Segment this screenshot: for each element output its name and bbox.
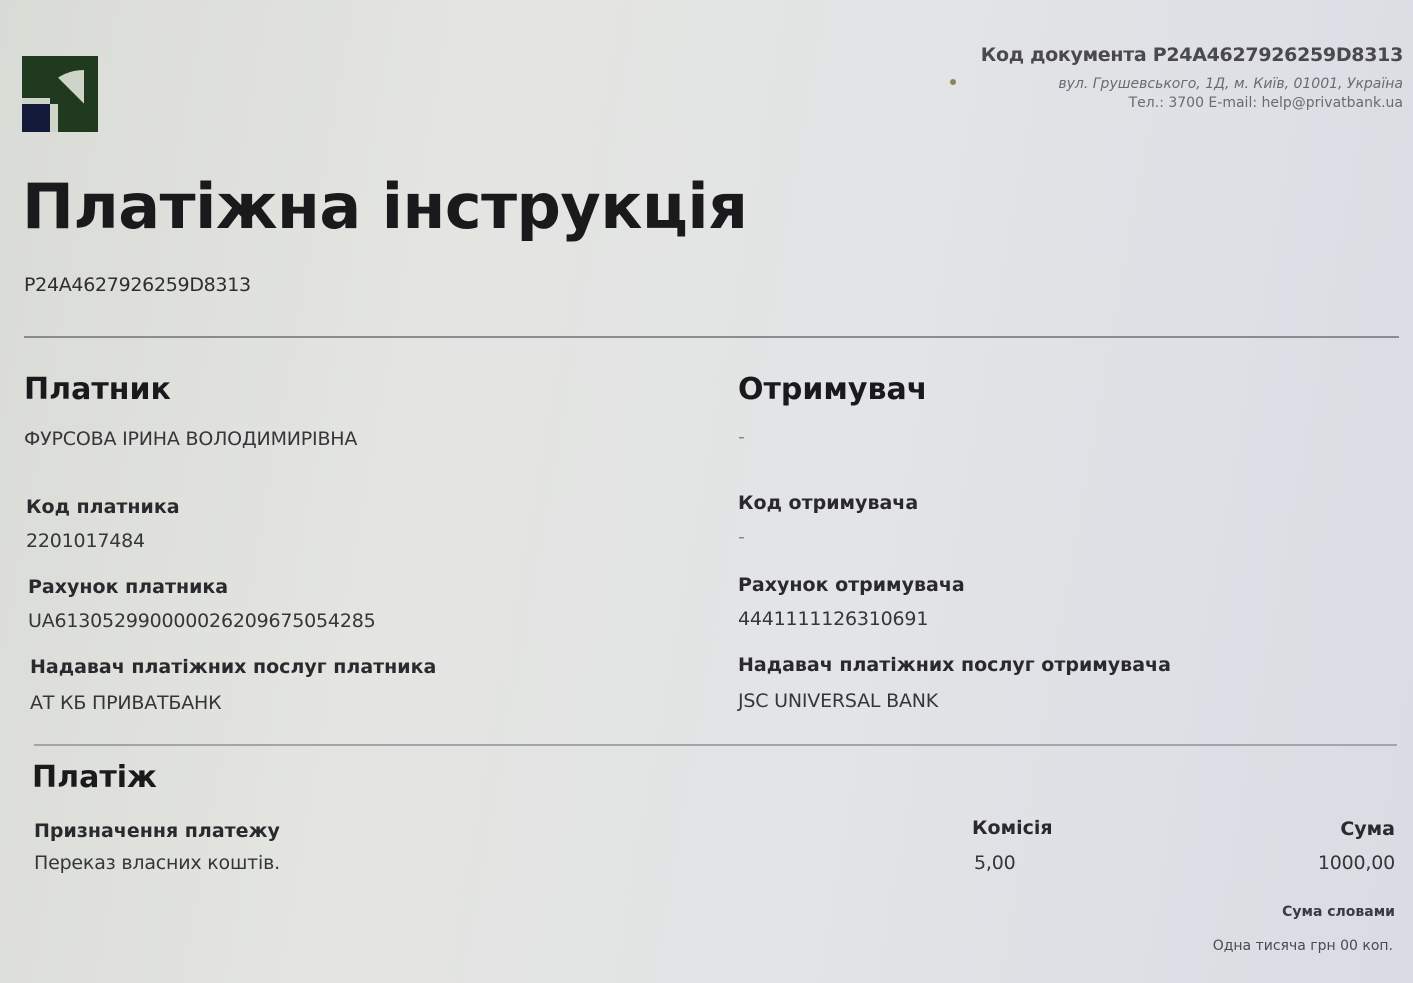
divider-top xyxy=(24,336,1399,338)
recipient-name: - xyxy=(738,426,745,448)
payment-purpose-value: Переказ власних коштів. xyxy=(34,852,280,874)
recipient-provider-label: Надавач платіжних послуг отримувача xyxy=(738,654,1171,676)
document-id: P24A4627926259D8313 xyxy=(24,274,251,296)
page-title: Платіжна інструкція xyxy=(22,170,747,243)
payer-code-label: Код платника xyxy=(26,496,180,518)
payer-account-label: Рахунок платника xyxy=(28,576,228,598)
recipient-account-label: Рахунок отримувача xyxy=(738,574,965,596)
payer-provider-value: АТ КБ ПРИВАТБАНК xyxy=(30,692,221,714)
payment-heading: Платіж xyxy=(32,760,157,795)
payer-account-value: UA613052990000026209675054285 xyxy=(28,610,376,632)
payer-name: ФУРСОВА ІРИНА ВОЛОДИМИРІВНА xyxy=(24,428,357,450)
document-code-header: Код документа P24A4627926259D8313 xyxy=(981,44,1403,66)
recipient-provider-value: JSC UNIVERSAL BANK xyxy=(738,690,938,712)
recipient-heading: Отримувач xyxy=(738,372,927,407)
recipient-code-label: Код отримувача xyxy=(738,492,918,514)
recipient-code-value: - xyxy=(738,526,745,548)
commission-label: Комісія xyxy=(972,817,1053,839)
payer-code-value: 2201017484 xyxy=(26,530,145,552)
recipient-account-value: 4441111126310691 xyxy=(738,608,928,630)
payment-purpose-label: Призначення платежу xyxy=(34,820,280,842)
bank-address: вул. Грушевського, 1Д, м. Київ, 01001, У… xyxy=(1058,76,1403,92)
payer-provider-label: Надавач платіжних послуг платника xyxy=(30,656,436,678)
divider-bottom xyxy=(34,744,1397,746)
bank-contacts: Тел.: 3700 E-mail: help@privatbank.ua xyxy=(1129,95,1403,111)
bullet-dot xyxy=(950,79,956,85)
commission-value: 5,00 xyxy=(974,852,1016,874)
privatbank-logo-icon xyxy=(22,56,98,132)
amount-words-label: Сума словами xyxy=(1282,904,1395,920)
amount-label: Сума xyxy=(1340,818,1395,840)
amount-words-value: Одна тисяча грн 00 коп. xyxy=(1213,938,1393,954)
payer-heading: Платник xyxy=(24,372,171,407)
amount-value: 1000,00 xyxy=(1318,852,1395,874)
